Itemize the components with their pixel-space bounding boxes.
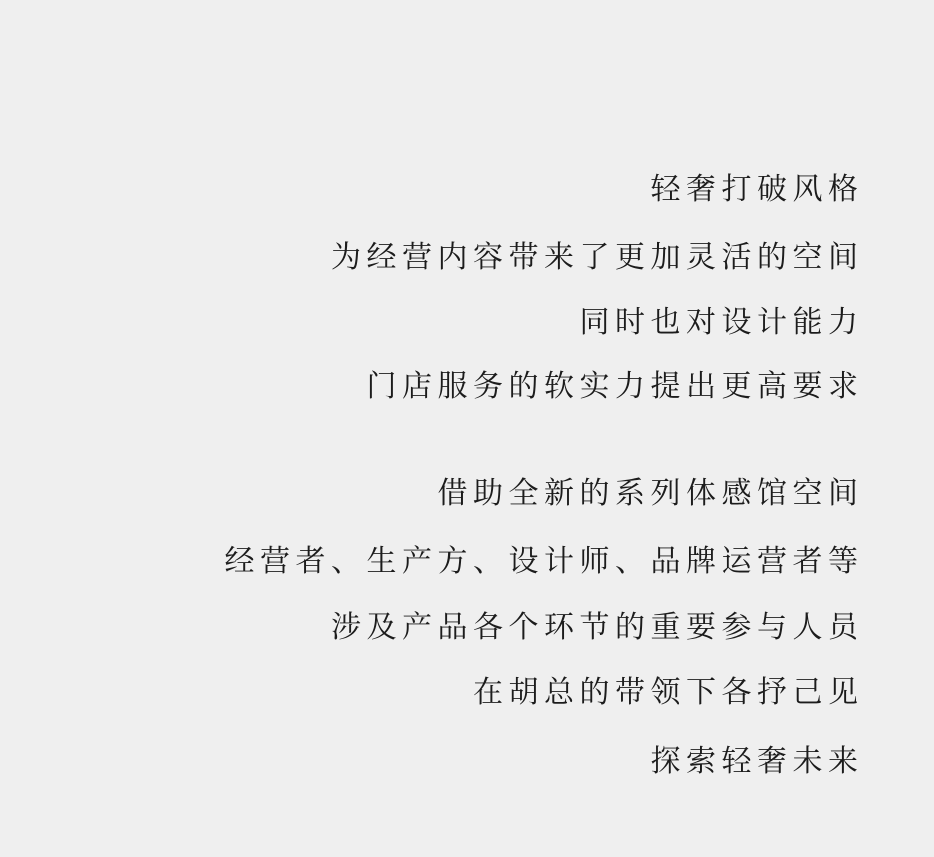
stanza-2-line-5: 探索轻奢未来 bbox=[651, 744, 864, 780]
stanza-2-line-2: 经营者、生产方、设计师、品牌运营者等 bbox=[225, 544, 864, 580]
stanza-1-line-3: 同时也对设计能力 bbox=[580, 305, 864, 341]
stanza-2-line-4: 在胡总的带领下各抒己见 bbox=[473, 675, 864, 711]
stanza-1-line-2: 为经营内容带来了更加灵活的空间 bbox=[331, 240, 864, 276]
stanza-2-line-1: 借助全新的系列体感馆空间 bbox=[438, 476, 864, 512]
stanza-2-line-3: 涉及产品各个环节的重要参与人员 bbox=[331, 610, 864, 646]
stanza-1-line-1: 轻奢打破风格 bbox=[651, 172, 864, 208]
stanza-1-line-4: 门店服务的软实力提出更高要求 bbox=[367, 369, 864, 405]
